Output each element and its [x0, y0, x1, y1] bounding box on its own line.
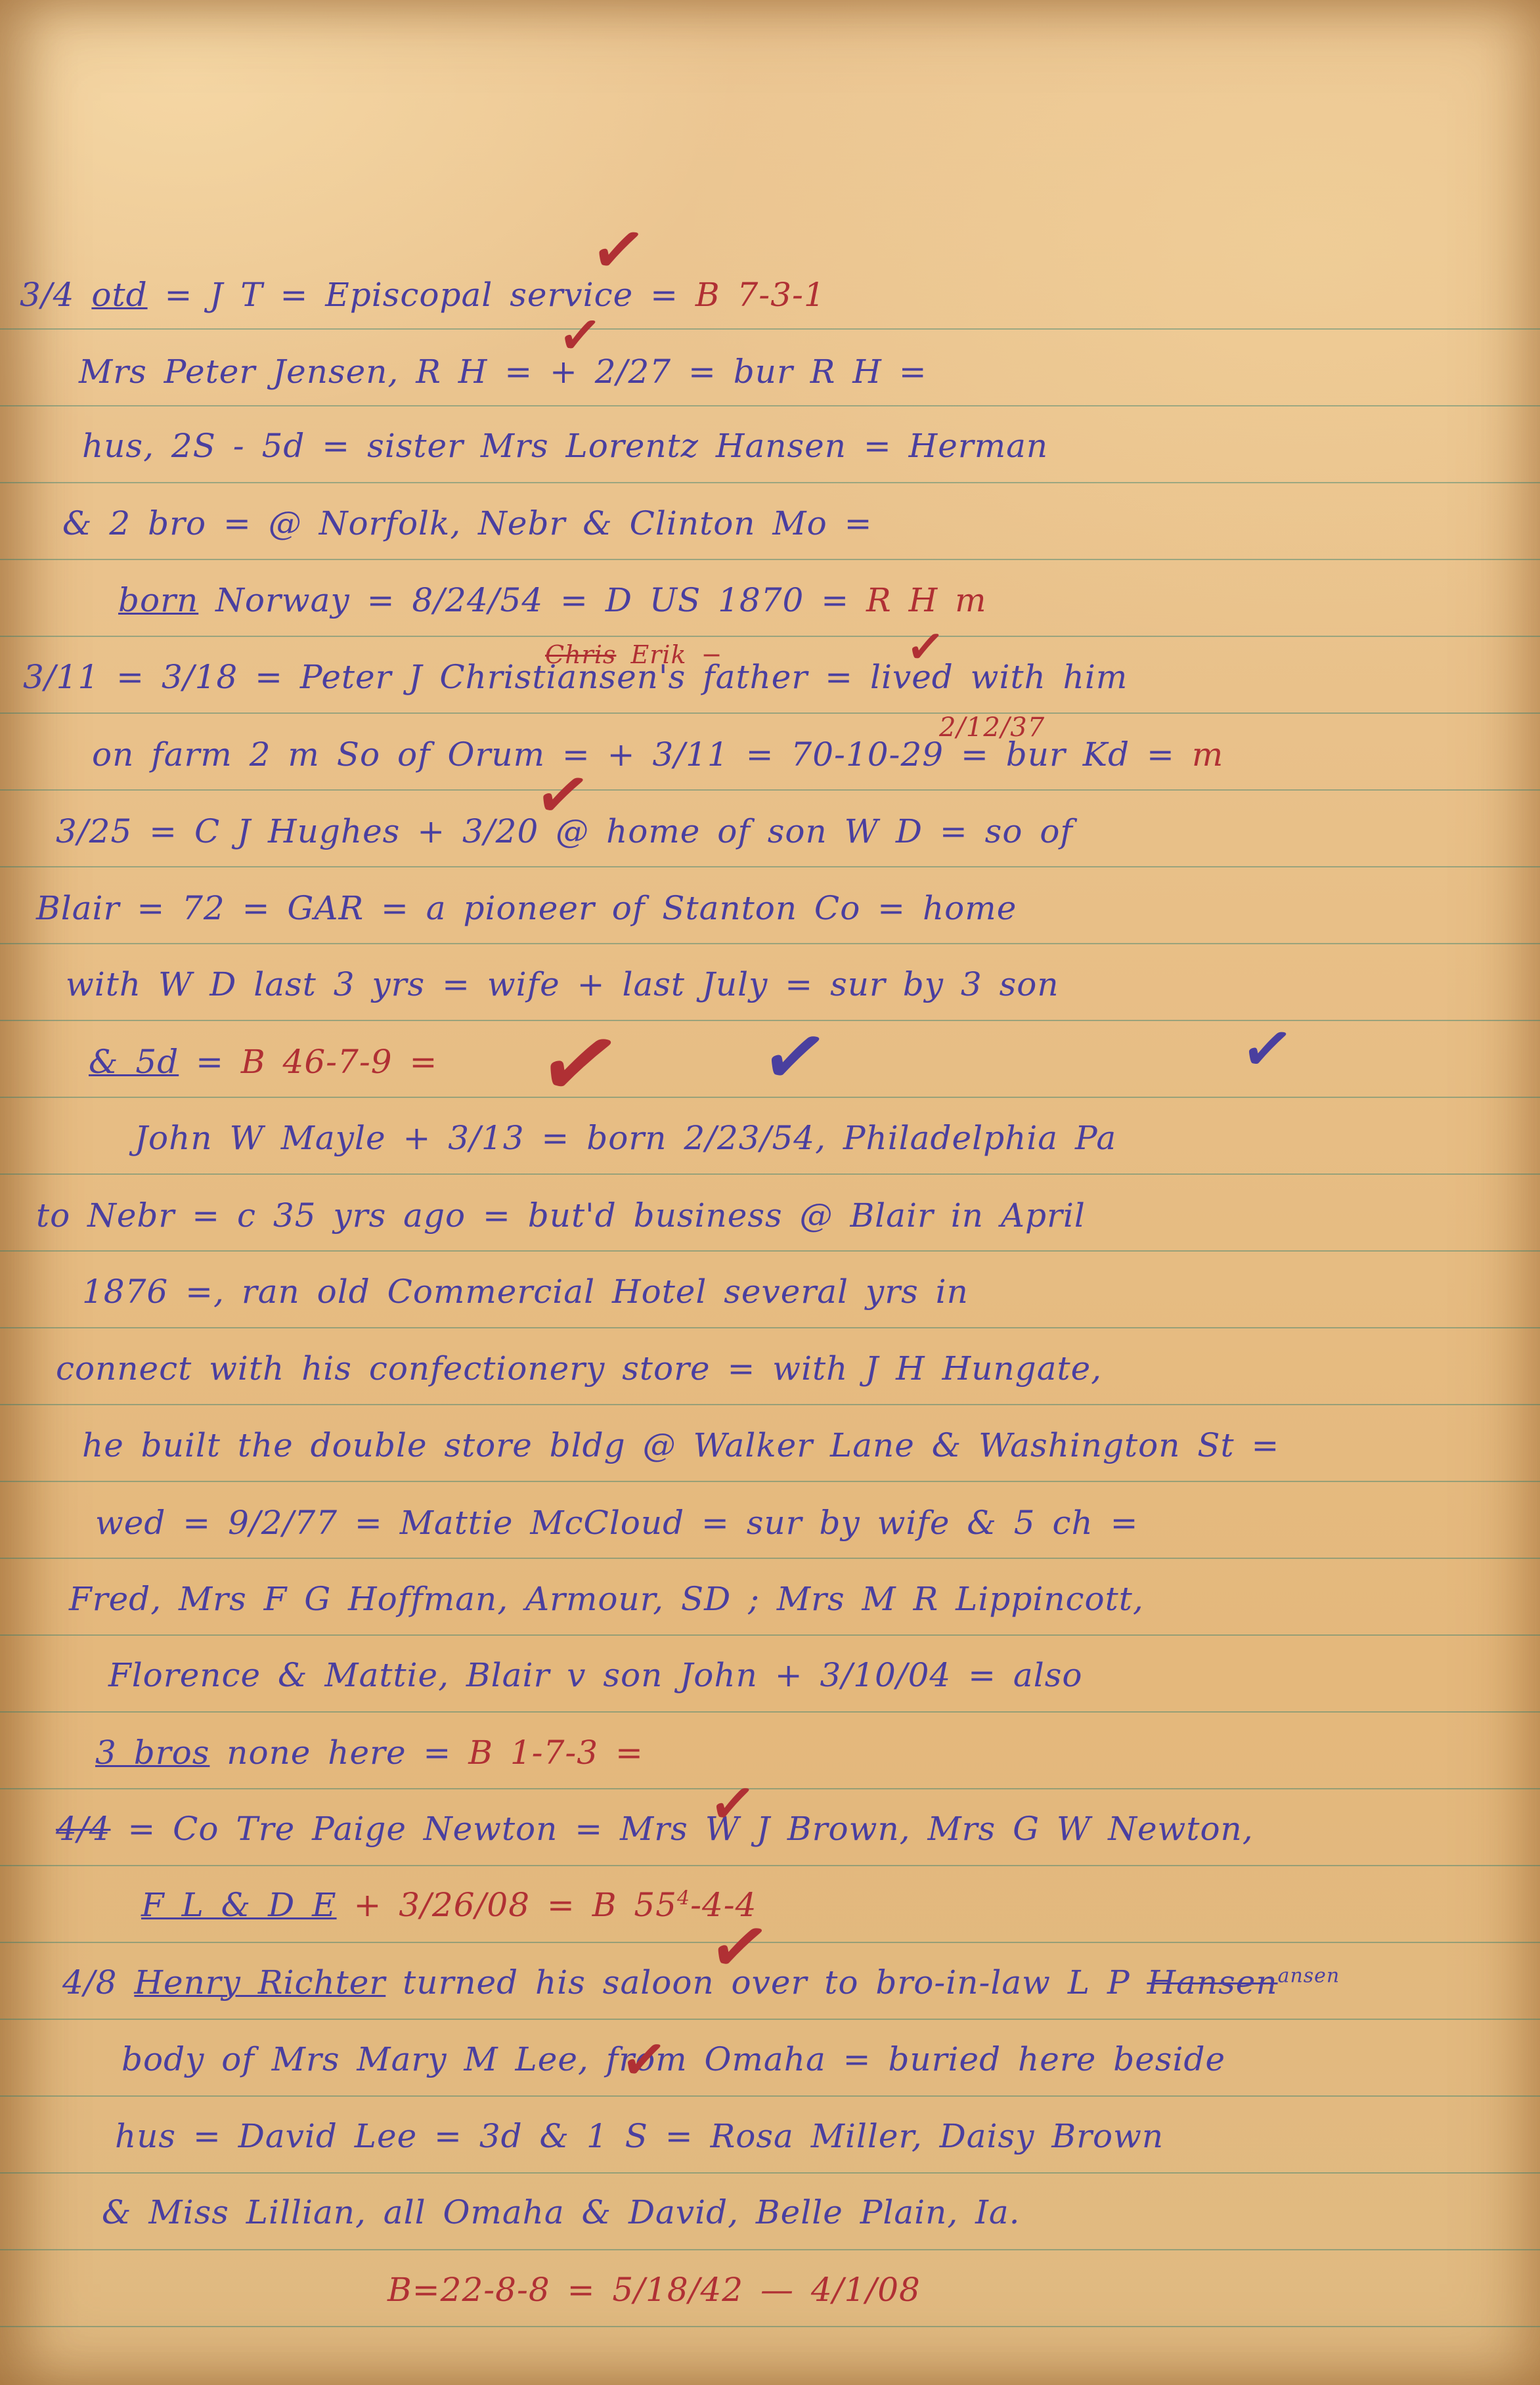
line-27: B=22-8-8 = 5/18/42 — 4/1/08 — [387, 2271, 921, 2309]
text-segment: Hansen — [1147, 1963, 1277, 2002]
line-25: hus = David Lee = 3d & 1 S = Rosa Miller… — [115, 2117, 1164, 2155]
text-segment: hus = David Lee = 3d & 1 S = Rosa Miller… — [115, 2117, 1164, 2155]
line-20: 3 bros none here = B 1-7-3 = — [95, 1734, 644, 1772]
line-02: Mrs Peter Jensen, R H = + 2/27 = bur R H… — [79, 353, 927, 391]
text-segment: born — [118, 581, 198, 619]
text-segment: 4/4 — [56, 1810, 110, 1848]
text-segment: & 5d — [89, 1043, 179, 1081]
ruled-line — [0, 2249, 1540, 2250]
text-segment: B=22-8-8 = 5/18/42 — 4/1/08 — [387, 2271, 921, 2309]
ruled-line — [0, 2172, 1540, 2174]
line-19: Florence & Mattie, Blair v son John + 3/… — [108, 1656, 1082, 1694]
text-segment: Florence & Mattie, Blair v son John + 3/… — [108, 1656, 1082, 1694]
text-segment: + 3/26/08 = B 55 — [353, 1886, 676, 1924]
text-segment: = J T = Episcopal service = — [148, 276, 695, 314]
line-08: 3/25 = C J Hughes + 3/20 @ home of son W… — [56, 812, 1073, 850]
ruled-line — [0, 2019, 1540, 2020]
ruled-line — [0, 1634, 1540, 1636]
ruled-line — [0, 789, 1540, 791]
ruled-line — [0, 482, 1540, 483]
line-09: Blair = 72 = GAR = a pioneer of Stanton … — [36, 889, 1017, 927]
line-05: born Norway = 8/24/54 = D US 1870 = R H … — [118, 581, 986, 619]
text-segment: none here = — [209, 1734, 468, 1772]
ruled-line — [0, 1327, 1540, 1328]
text-segment: he built the double store bldg @ Walker … — [82, 1426, 1279, 1464]
ruled-line — [0, 328, 1540, 330]
line-07: on farm 2 m So of Orum = + 3/11 = 70-10-… — [92, 735, 1223, 774]
ruled-line — [0, 405, 1540, 406]
ruled-line — [0, 943, 1540, 944]
ruled-line — [0, 1020, 1540, 1021]
ruled-line — [0, 636, 1540, 637]
text-segment: Henry Richter — [134, 1963, 385, 2002]
text-segment: 1876 =, ran old Commercial Hotel several… — [82, 1273, 969, 1311]
line-06: 3/11 = 3/18 = Peter J Christiansen's fat… — [23, 658, 1128, 696]
ruled-line — [0, 1481, 1540, 1482]
ruled-line — [0, 1173, 1540, 1175]
ruled-line — [0, 1250, 1540, 1252]
text-segment: Fred, Mrs F G Hoffman, Armour, SD ; Mrs … — [69, 1580, 1144, 1618]
text-segment: Norway = 8/24/54 = D US 1870 = — [198, 581, 866, 619]
text-segment: John W Mayle + 3/13 = born 2/23/54, Phil… — [135, 1119, 1116, 1157]
line-24: body of Mrs Mary M Lee, from Omaha = bur… — [121, 2040, 1225, 2078]
text-segment: F L & D E — [141, 1886, 337, 1924]
ruled-line — [0, 559, 1540, 560]
line-03: hus, 2S - 5d = sister Mrs Lorentz Hansen… — [82, 427, 1048, 465]
ruled-line — [0, 1788, 1540, 1789]
text-segment: 3/25 = C J Hughes + 3/20 @ home of son W… — [56, 812, 1073, 850]
text-segment: 3/11 = 3/18 = Peter J Christiansen's fat… — [23, 658, 1128, 696]
ruled-line — [0, 712, 1540, 714]
text-segment: turned his saloon over to bro-in-law L P — [385, 1963, 1147, 2002]
text-segment: B 7-3-1 — [695, 276, 825, 314]
text-segment: hus, 2S - 5d = sister Mrs Lorentz Hansen… — [82, 427, 1048, 465]
text-segment: connect with his confectionery store = w… — [56, 1349, 1102, 1388]
text-segment: wed = 9/2/77 = Mattie McCloud = sur by w… — [95, 1504, 1138, 1542]
text-segment — [337, 1886, 354, 1924]
text-segment: 3 bros — [95, 1734, 209, 1772]
check-mark-icon: ✓ — [755, 1013, 834, 1102]
ruled-line — [0, 1404, 1540, 1405]
text-segment: = Co Tre Paige Newton = Mrs W J Brown, M… — [110, 1810, 1253, 1848]
ruled-line — [0, 866, 1540, 867]
text-segment: R H m — [866, 581, 986, 619]
text-segment: with W D last 3 yrs = wife + last July =… — [66, 965, 1059, 1003]
text-segment: ansen — [1278, 1964, 1340, 1987]
text-segment: B 46-7-9 = — [241, 1043, 437, 1081]
text-segment: to Nebr = c 35 yrs ago = but'd business … — [36, 1196, 1086, 1235]
ruled-line — [0, 2326, 1540, 2327]
line-22: F L & D E + 3/26/08 = B 554-4-4 — [141, 1886, 757, 1924]
text-segment: m — [1192, 735, 1223, 774]
line-11: & 5d = B 46-7-9 = — [89, 1043, 437, 1081]
line-04: & 2 bro = @ Norfolk, Nebr & Clinton Mo = — [62, 504, 873, 542]
line-17: wed = 9/2/77 = Mattie McCloud = sur by w… — [95, 1504, 1138, 1542]
line-26: & Miss Lillian, all Omaha & David, Belle… — [102, 2193, 1021, 2231]
text-segment: body of Mrs Mary M Lee, from Omaha = bur… — [121, 2040, 1225, 2078]
notebook-page: 3/4 otd = J T = Episcopal service = B 7-… — [0, 0, 1540, 2385]
line-23: 4/8 Henry Richter turned his saloon over… — [62, 1963, 1340, 2002]
text-segment: on farm 2 m So of Orum = + 3/11 = 70-10-… — [92, 735, 1192, 774]
ruled-line — [0, 1558, 1540, 1559]
text-segment: Blair = 72 = GAR = a pioneer of Stanton … — [36, 889, 1017, 927]
check-mark-icon: ✓ — [1237, 1015, 1298, 1083]
line-15: connect with his confectionery store = w… — [56, 1349, 1102, 1388]
line-14: 1876 =, ran old Commercial Hotel several… — [82, 1273, 969, 1311]
ruled-line — [0, 1865, 1540, 1866]
line-01: 3/4 otd = J T = Episcopal service = B 7-… — [20, 276, 825, 314]
check-mark-icon: ✓ — [586, 213, 650, 286]
check-mark-icon: ✓ — [529, 1007, 630, 1121]
line-10: with W D last 3 yrs = wife + last July =… — [66, 965, 1059, 1003]
ruled-line — [0, 2095, 1540, 2097]
text-segment: -4-4 — [690, 1886, 757, 1924]
text-segment: Mrs Peter Jensen, R H = + 2/27 = bur R H… — [79, 353, 927, 391]
line-21: 4/4 = Co Tre Paige Newton = Mrs W J Brow… — [56, 1810, 1254, 1848]
text-segment: otd — [91, 276, 147, 314]
line-13: to Nebr = c 35 yrs ago = but'd business … — [36, 1196, 1086, 1235]
ruled-line — [0, 1097, 1540, 1098]
line-18: Fred, Mrs F G Hoffman, Armour, SD ; Mrs … — [69, 1580, 1144, 1618]
ruled-line — [0, 1711, 1540, 1713]
text-segment: 4 — [677, 1887, 690, 1910]
text-segment: & 2 bro = @ Norfolk, Nebr & Clinton Mo = — [62, 504, 873, 542]
ruled-line — [0, 1942, 1540, 1943]
text-segment: 4/8 — [62, 1963, 134, 2002]
text-segment: B 1-7-3 = — [468, 1734, 644, 1772]
text-segment: & Miss Lillian, all Omaha & David, Belle… — [102, 2193, 1021, 2231]
line-12: John W Mayle + 3/13 = born 2/23/54, Phil… — [135, 1119, 1116, 1157]
text-segment: = — [179, 1043, 241, 1081]
text-segment: 3/4 — [20, 276, 91, 314]
line-16: he built the double store bldg @ Walker … — [82, 1426, 1279, 1464]
